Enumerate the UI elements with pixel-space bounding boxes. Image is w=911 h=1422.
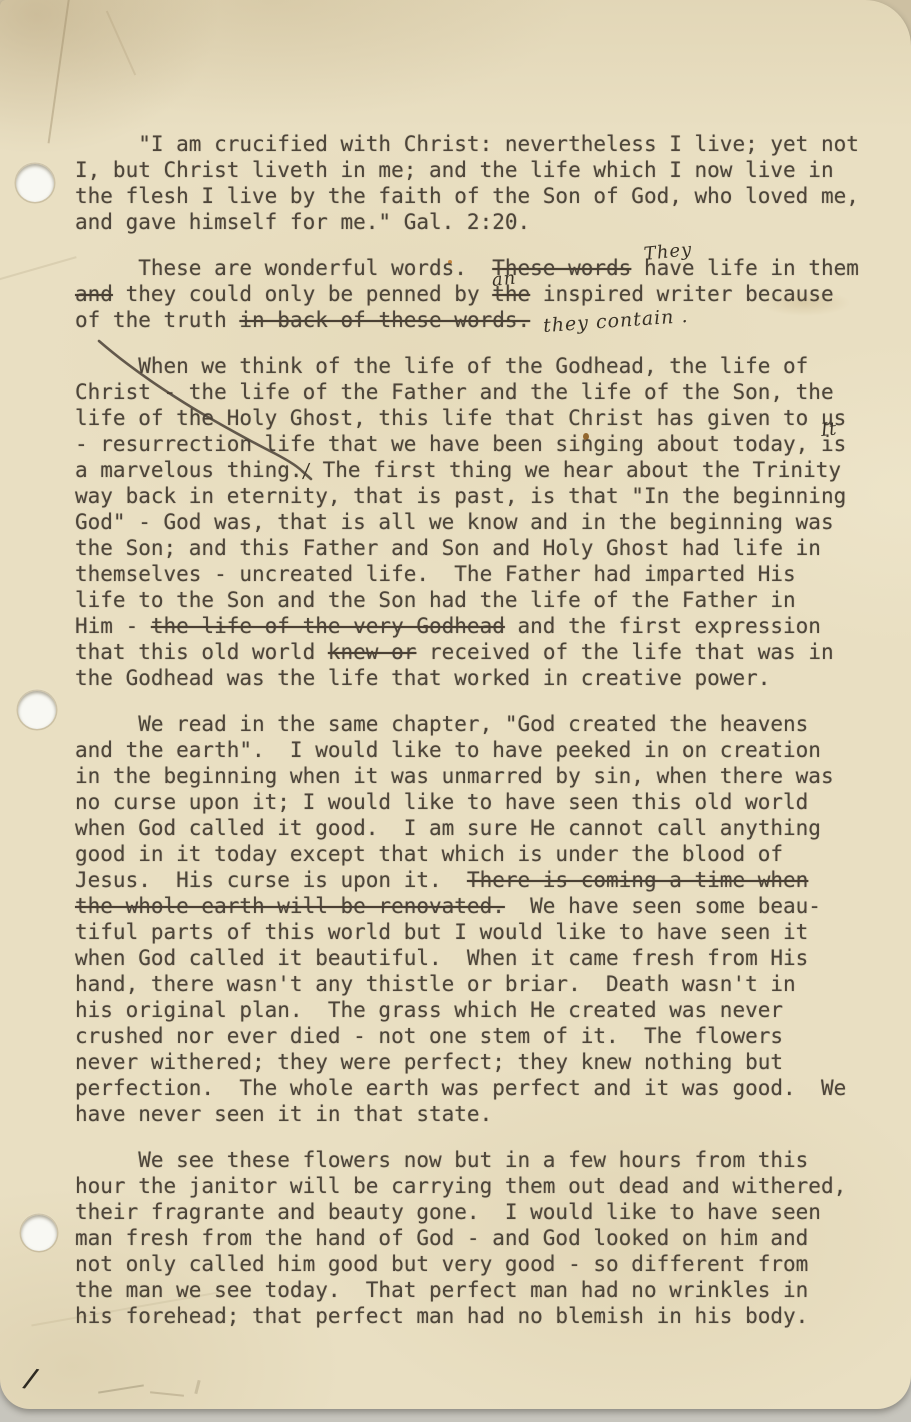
typed-segment: crushed nor ever died - not one stem of … xyxy=(75,1024,783,1048)
text-line: no curse upon it; I would like to have s… xyxy=(75,789,875,815)
text-line: the whole earth will be renovated. We ha… xyxy=(75,893,875,919)
text-line: We see these flowers now but in a few ho… xyxy=(75,1147,875,1173)
typed-segment: perfection. The whole earth was perfect … xyxy=(75,1076,846,1100)
typed-segment: the Godhead was the life that worked in … xyxy=(75,666,770,690)
typed-segment: that this old world xyxy=(75,640,328,664)
typed-segment: hand, there wasn't any thistle or briar.… xyxy=(75,972,796,996)
text-line: "I am crucified with Christ: nevertheles… xyxy=(75,131,875,157)
typed-segment: and the first expression xyxy=(505,614,821,638)
typed-segment: God" - God was, that is all we know and … xyxy=(75,510,834,534)
paper-crease xyxy=(48,0,71,143)
pencil-smudge xyxy=(150,1391,184,1397)
text-line: life to the Son and the Son had the life… xyxy=(75,587,875,613)
text-line: God" - God was, that is all we know and … xyxy=(75,509,875,535)
typed-segment: in the beginning when it was unmarred by… xyxy=(75,764,834,788)
text-line: tiful parts of this world but I would li… xyxy=(75,919,875,945)
text-line: crushed nor ever died - not one stem of … xyxy=(75,1023,875,1049)
typed-segment: when God called it good. I am sure He ca… xyxy=(75,816,821,840)
text-line: have never seen it in that state. xyxy=(75,1101,875,1127)
typed-segment: of the truth xyxy=(75,308,239,332)
typed-segment xyxy=(631,256,644,280)
text-line: a marvelous thing./ The first thing we h… xyxy=(75,457,875,483)
text-line: man fresh from the hand of God - and God… xyxy=(75,1225,875,1251)
text-line: Him - the life of the very Godhead and t… xyxy=(75,613,875,639)
text-line: themselves - uncreated life. The Father … xyxy=(75,561,875,587)
typed-segment: Jesus. His curse is upon it. xyxy=(75,868,467,892)
handwritten-mark: / xyxy=(23,1363,38,1394)
text-line: their fragrante and beauty gone. I would… xyxy=(75,1199,875,1225)
text-line: Jesus. His curse is upon it. There is co… xyxy=(75,867,875,893)
typed-segment: hour the janitor will be carrying them o… xyxy=(75,1174,846,1198)
typed-segment: "I am crucified with Christ: nevertheles… xyxy=(75,132,859,156)
text-line: when God called it beautiful. When it ca… xyxy=(75,945,875,971)
text-line: that this old world knew or received of … xyxy=(75,639,875,665)
typed-segment: the Son; and this Father and Son and Hol… xyxy=(75,536,821,560)
typed-segment: the man we see today. That perfect man h… xyxy=(75,1278,808,1302)
typed-segment: have never seen it in that state. xyxy=(75,1102,492,1126)
text-line: in the beginning when it was unmarred by… xyxy=(75,763,875,789)
typed-segment: These are wonderful words. xyxy=(75,256,492,280)
paragraph: When we think of the life of the Godhead… xyxy=(75,353,875,691)
text-line: the flesh I live by the faith of the Son… xyxy=(75,183,875,209)
typed-text: "I am crucified with Christ: nevertheles… xyxy=(75,131,875,1329)
text-line: the man we see today. That perfect man h… xyxy=(75,1277,875,1303)
text-line: never withered; they were perfect; they … xyxy=(75,1049,875,1075)
typed-segment: not only called him good but very good -… xyxy=(75,1252,808,1276)
typed-segment: good in it today except that which is un… xyxy=(75,842,783,866)
text-line: hour the janitor will be carrying them o… xyxy=(75,1173,875,1199)
text-line: We read in the same chapter, "God create… xyxy=(75,711,875,737)
paragraph: These are wonderful words. These words T… xyxy=(75,255,875,333)
paper-crease xyxy=(106,11,136,76)
punch-hole xyxy=(16,164,54,202)
text-line: good in it today except that which is un… xyxy=(75,841,875,867)
typed-segment: When we think of the life of the Godhead… xyxy=(75,354,808,378)
typed-segment: themselves - uncreated life. The Father … xyxy=(75,562,796,586)
text-line: perfection. The whole earth was perfect … xyxy=(75,1075,875,1101)
text-line: I, but Christ liveth in me; and the life… xyxy=(75,157,875,183)
text-line: These are wonderful words. These words T… xyxy=(75,255,875,281)
struck-text: the life of the very Godhead xyxy=(151,614,505,638)
typed-segment: We see these flowers now but in a few ho… xyxy=(75,1148,808,1172)
typed-segment: way back in eternity, that is past, is t… xyxy=(75,484,846,508)
pencil-smudge xyxy=(194,1380,200,1394)
struck-text: in back of these words. xyxy=(239,308,530,332)
text-line: way back in eternity, that is past, is t… xyxy=(75,483,875,509)
typed-segment: never withered; they were perfect; they … xyxy=(75,1050,783,1074)
struck-text: knew or xyxy=(328,640,417,664)
typed-segment: tiful parts of this world but I would li… xyxy=(75,920,808,944)
text-line: and they could only be penned by anthe i… xyxy=(75,281,875,307)
pencil-smudge xyxy=(98,1384,144,1393)
paper-crease xyxy=(0,256,77,282)
typed-segment: Him - xyxy=(75,614,151,638)
typed-segment: they could only be penned by xyxy=(113,282,492,306)
text-line: - resurrection life that we have been si… xyxy=(75,431,875,457)
typed-segment: life to the Son and the Son had the life… xyxy=(75,588,796,612)
text-line: when God called it good. I am sure He ca… xyxy=(75,815,875,841)
text-line: his forehead; that perfect man had no bl… xyxy=(75,1303,875,1329)
typed-segment: man fresh from the hand of God - and God… xyxy=(75,1226,808,1250)
typed-segment: We read in the same chapter, "God create… xyxy=(75,712,808,736)
punch-hole xyxy=(18,691,56,729)
text-line: hand, there wasn't any thistle or briar.… xyxy=(75,971,875,997)
typed-segment: their fragrante and beauty gone. I would… xyxy=(75,1200,821,1224)
handwritten-text: they contain . xyxy=(542,303,689,339)
typed-segment: and the earth". I would like to have pee… xyxy=(75,738,821,762)
text-line: life of the Holy Ghost, this life that C… xyxy=(75,405,875,431)
punch-hole xyxy=(21,1215,57,1251)
text-line: the Son; and this Father and Son and Hol… xyxy=(75,535,875,561)
paragraph: We see these flowers now but in a few ho… xyxy=(75,1147,875,1329)
typed-segment: a marvelous thing. xyxy=(75,458,303,482)
text-line: of the truth in back of these words. the… xyxy=(75,307,875,333)
handwritten-text: / xyxy=(302,458,311,484)
typed-segment: I, but Christ liveth in me; and the life… xyxy=(75,158,834,182)
typed-segment: and gave himself for me." Gal. 2:20. xyxy=(75,210,530,234)
struck-text: There is coming a time when xyxy=(467,868,808,892)
scanned-document-background: { "page": { "kind": "typewritten sermon … xyxy=(0,0,911,1422)
struck-text: and xyxy=(75,282,113,306)
typed-segment: life of the Holy Ghost, this life that C… xyxy=(75,406,846,430)
typed-segment: when God called it beautiful. When it ca… xyxy=(75,946,808,970)
typed-segment: received of the life that was in xyxy=(416,640,833,664)
text-line: When we think of the life of the Godhead… xyxy=(75,353,875,379)
text-line: not only called him good but very good -… xyxy=(75,1251,875,1277)
text-line: and the earth". I would like to have pee… xyxy=(75,737,875,763)
typed-segment: no curse upon it; I would like to have s… xyxy=(75,790,808,814)
text-line: his original plan. The grass which He cr… xyxy=(75,997,875,1023)
typed-segment: The first thing we hear about the Trinit… xyxy=(310,458,841,482)
text-line: Christ - the life of the Father and the … xyxy=(75,379,875,405)
typed-segment: the flesh I live by the faith of the Son… xyxy=(75,184,859,208)
paragraph: "I am crucified with Christ: nevertheles… xyxy=(75,131,875,235)
struck-text: the whole earth will be renovated. xyxy=(75,894,505,918)
typed-segment xyxy=(530,308,543,332)
typed-segment: We have seen some beau- xyxy=(505,894,821,918)
text-line: and gave himself for me." Gal. 2:20. xyxy=(75,209,875,235)
typed-segment: his original plan. The grass which He cr… xyxy=(75,998,783,1022)
paragraph: We read in the same chapter, "God create… xyxy=(75,711,875,1127)
document-page: "I am crucified with Christ: nevertheles… xyxy=(0,0,911,1409)
typed-segment: - resurrection life that we have been si… xyxy=(75,432,821,456)
typed-segment: his forehead; that perfect man had no bl… xyxy=(75,1304,808,1328)
text-line: the Godhead was the life that worked in … xyxy=(75,665,875,691)
typed-segment: Christ - the life of the Father and the … xyxy=(75,380,834,404)
